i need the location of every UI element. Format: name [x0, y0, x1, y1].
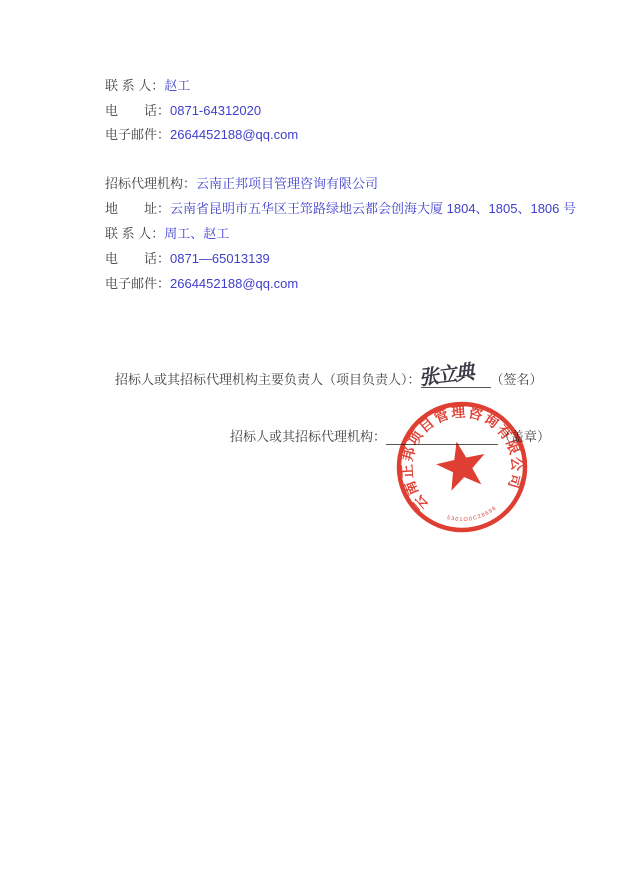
leader-signature-suffix: （签名） [491, 372, 543, 387]
email-row: 电子邮件：2664452188@qq.com [105, 123, 298, 148]
agency-name-label: 招标代理机构： [105, 176, 196, 191]
official-seal-icon: 云南正邦项目管理咨询有限公司 5301O0C28698 [382, 387, 542, 547]
leader-signature-prefix: 招标人或其招标代理机构主要负责人（项目负责人）： [115, 372, 421, 387]
agency-phone-label: 电 话： [105, 251, 170, 266]
email-value: 2664452188@qq.com [170, 127, 298, 142]
agency-address-row: 地 址：云南省昆明市五华区王筇路绿地云都会创海大厦 1804、1805、1806… [105, 196, 576, 221]
agency-email-label: 电子邮件： [105, 276, 170, 291]
agency-email-value: 2664452188@qq.com [170, 276, 298, 291]
tenderer-contact-block: 联 系 人：赵工 电 话：0871-64312020 电子邮件：26644521… [105, 74, 298, 148]
email-label: 电子邮件： [105, 127, 170, 142]
handwritten-signature: 张立典 [419, 355, 476, 391]
seal-star-icon [432, 436, 490, 492]
agency-name-row: 招标代理机构：云南正邦项目管理咨询有限公司 [105, 171, 576, 196]
agency-contact-person-value: 周工、赵工 [164, 226, 229, 241]
agency-email-row: 电子邮件：2664452188@qq.com [105, 271, 576, 296]
contact-person-value: 赵工 [164, 78, 190, 93]
agency-contact-person-label: 联 系 人： [105, 226, 164, 241]
agency-contact-person-row: 联 系 人：周工、赵工 [105, 221, 576, 246]
agency-address-value: 云南省昆明市五华区王筇路绿地云都会创海大厦 1804、1805、1806 号 [170, 201, 576, 216]
agency-phone-row: 电 话：0871—65013139 [105, 246, 576, 271]
contact-person-label: 联 系 人： [105, 78, 164, 93]
agency-phone-value: 0871—65013139 [170, 251, 270, 266]
phone-row: 电 话：0871-64312020 [105, 99, 298, 124]
phone-value: 0871-64312020 [170, 103, 261, 118]
signature-blank: 张立典 [421, 373, 491, 388]
agency-name-value: 云南正邦项目管理咨询有限公司 [196, 176, 378, 191]
leader-signature-line: 招标人或其招标代理机构主要负责人（项目负责人）：张立典（签名） [115, 369, 543, 388]
contact-person-row: 联 系 人：赵工 [105, 74, 298, 99]
agency-address-label: 地 址： [105, 201, 170, 216]
document-page: 联 系 人：赵工 电 话：0871-64312020 电子邮件：26644521… [0, 0, 628, 890]
agency-contact-block: 招标代理机构：云南正邦项目管理咨询有限公司 地 址：云南省昆明市五华区王筇路绿地… [105, 171, 576, 296]
phone-label: 电 话： [105, 103, 170, 118]
org-seal-prefix: 招标人或其招标代理机构： [230, 429, 386, 444]
